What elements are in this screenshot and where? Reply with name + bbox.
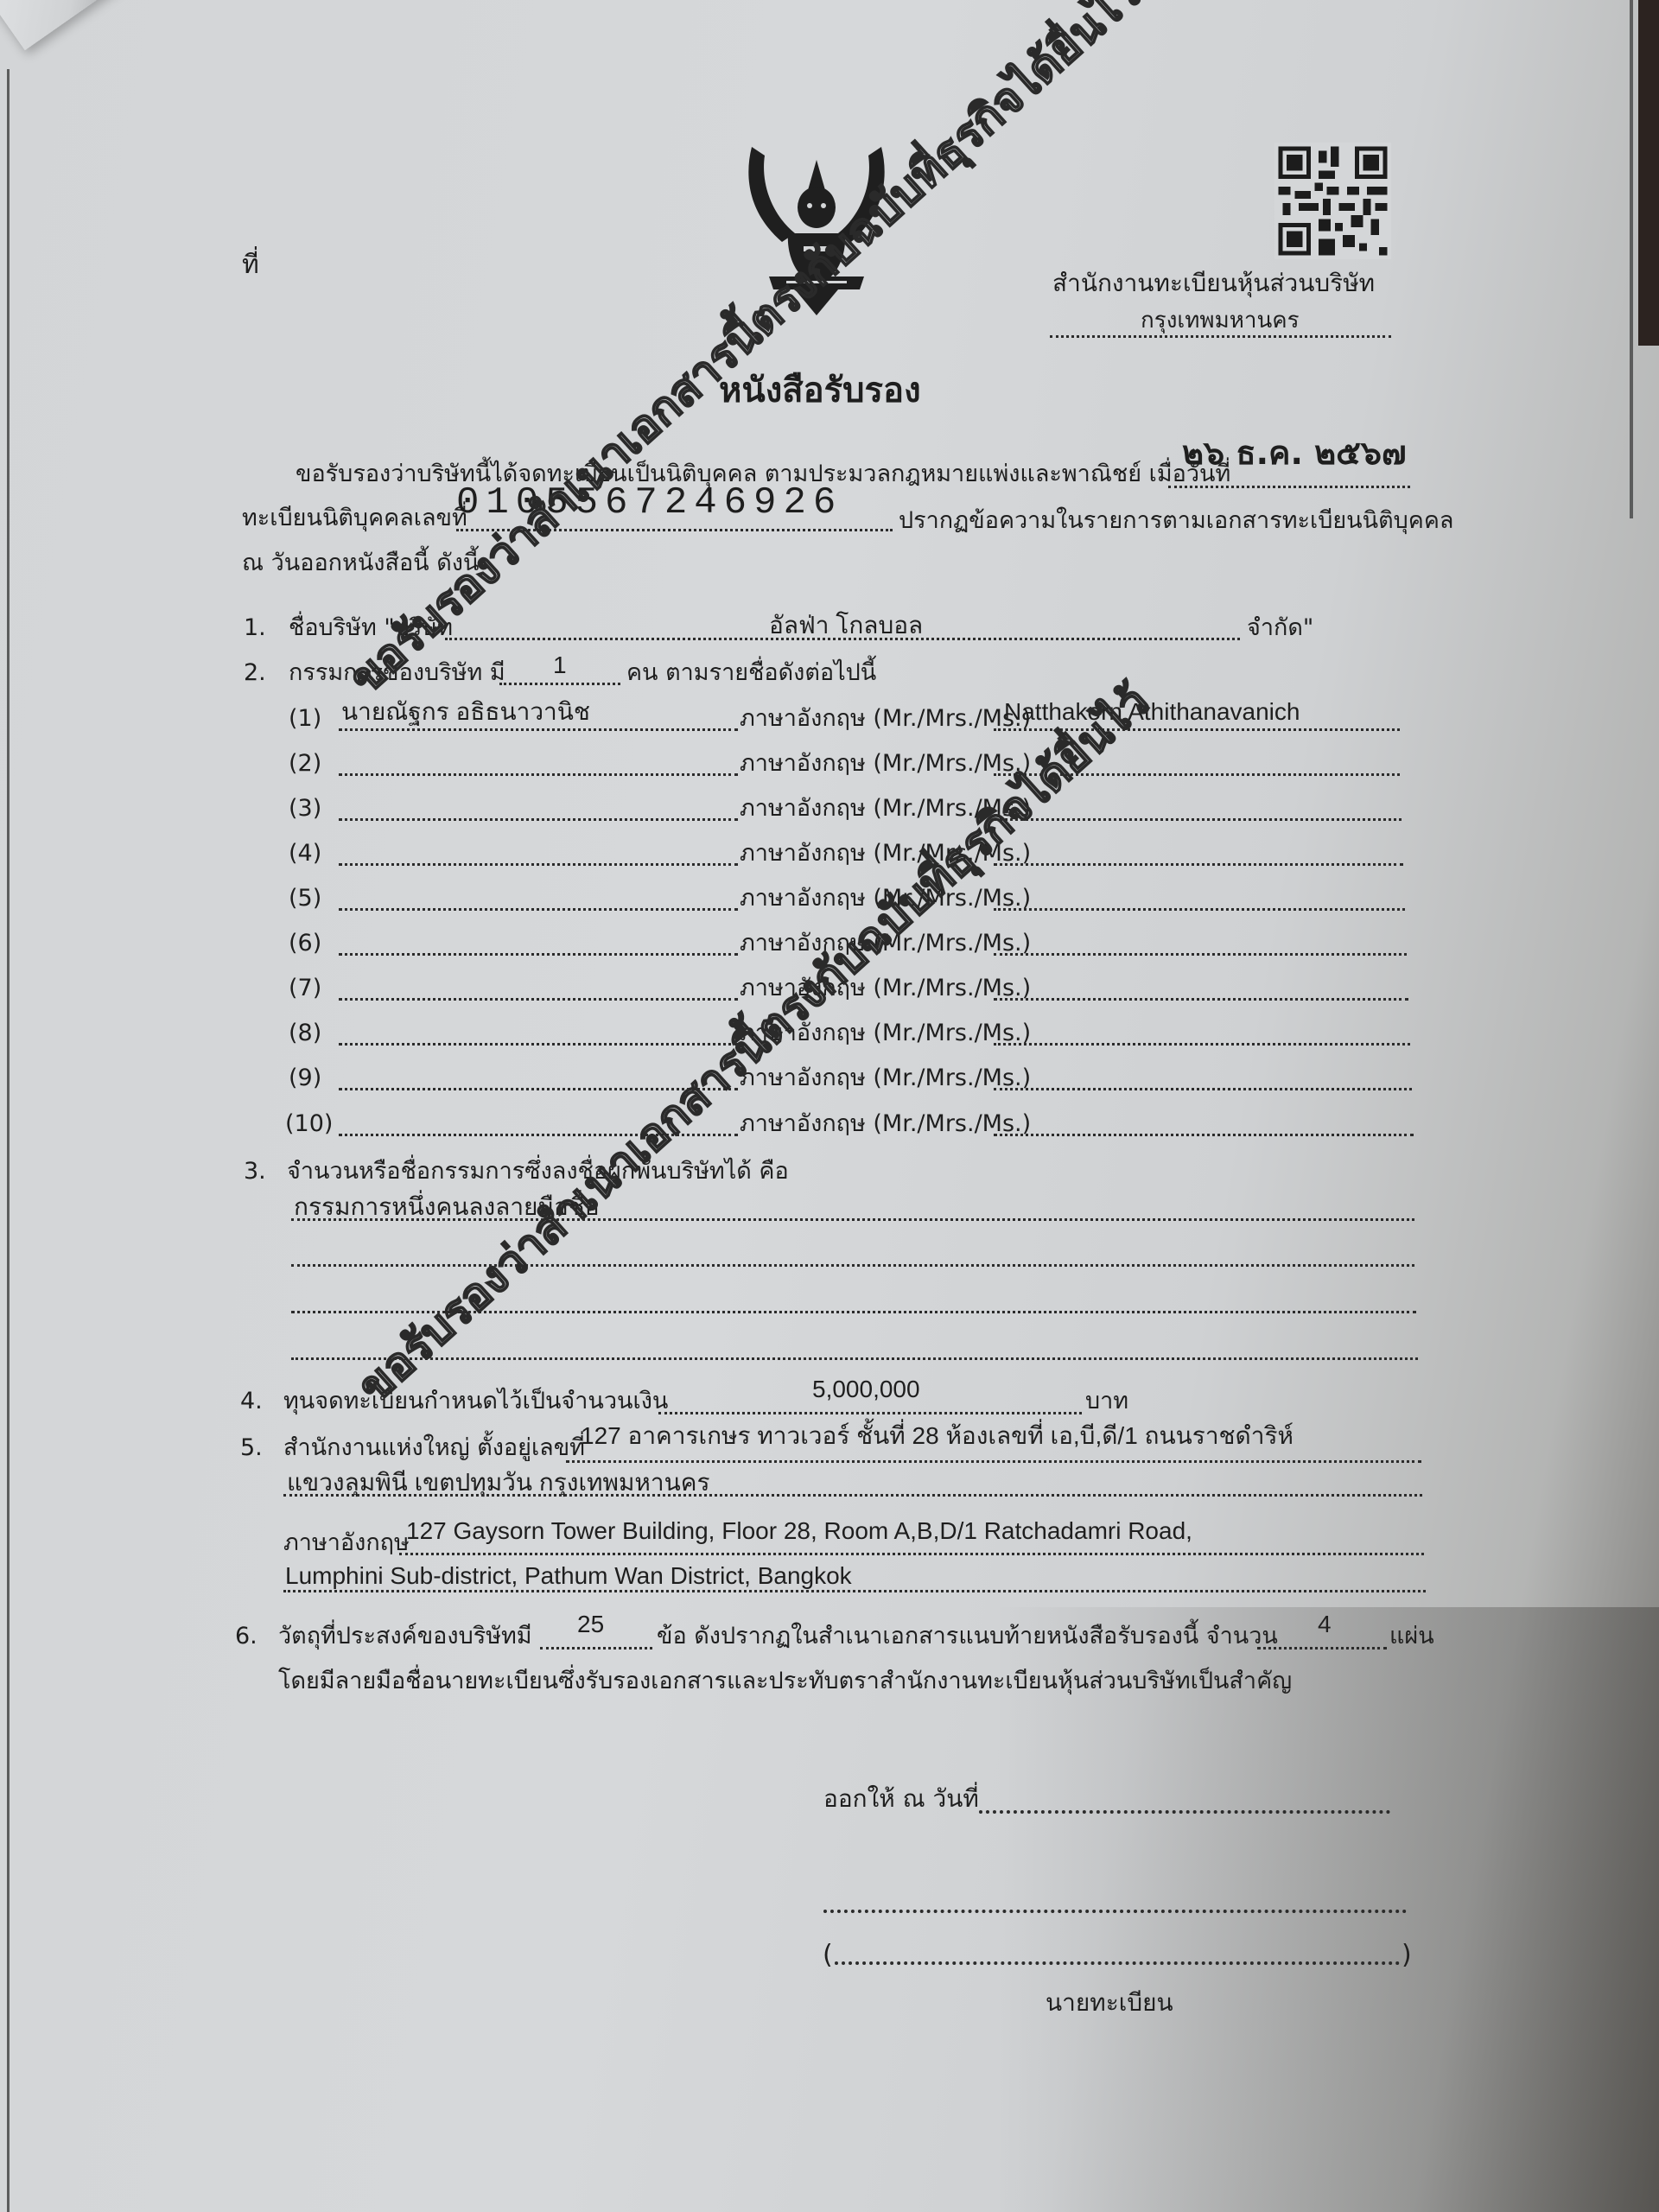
registrar-name-line bbox=[835, 1961, 1400, 1965]
english-name-label: ภาษาอังกฤษ (Mr./Mrs./Ms.) bbox=[740, 1112, 1031, 1135]
english-address-label: ภาษาอังกฤษ bbox=[283, 1531, 410, 1554]
qr-code-icon bbox=[1274, 143, 1391, 259]
blank-line bbox=[291, 1357, 1418, 1360]
page-edge-right bbox=[1630, 0, 1633, 518]
office-name: สำนักงานทะเบียนหุ้นส่วนบริษัท bbox=[1052, 271, 1375, 296]
director-english-underline bbox=[994, 1088, 1412, 1090]
director-english-underline bbox=[994, 1043, 1410, 1046]
hq-address-english-1: 127 Gaysorn Tower Building, Floor 28, Ro… bbox=[406, 1519, 1192, 1543]
page-edge-left bbox=[7, 69, 10, 2212]
company-name: อัลฟ่า โกลบอล bbox=[769, 613, 923, 638]
item-2-number: 2. bbox=[244, 661, 266, 684]
director-index: (3) bbox=[289, 797, 321, 820]
director-thai-underline bbox=[339, 728, 738, 731]
hq-address-thai-2: แขวงลุมพินี เขตปทุมวัน กรุงเทพมหานคร bbox=[287, 1471, 710, 1495]
item-1-number: 1. bbox=[244, 616, 266, 639]
director-index: (8) bbox=[289, 1021, 321, 1045]
hq-address-english-underline bbox=[283, 1590, 1426, 1592]
item-4-number: 4. bbox=[240, 1389, 263, 1413]
director-index: (10) bbox=[285, 1112, 333, 1135]
director-thai-underline bbox=[339, 818, 738, 821]
item-6-number: 6. bbox=[235, 1624, 257, 1648]
director-english-underline bbox=[994, 998, 1408, 1001]
hq-address-underline bbox=[566, 1460, 1421, 1463]
registrar-label: นายทะเบียน bbox=[1046, 1991, 1173, 2015]
director-count: 1 bbox=[553, 653, 567, 677]
director-thai-underline bbox=[339, 773, 738, 776]
issued-date-label: ออกให้ ณ วันที่ bbox=[823, 1787, 979, 1811]
signing-authority-underline bbox=[291, 1218, 1414, 1221]
item-3-label: จำนวนหรือชื่อกรรมการซึ่งลงชื่อผูกพันบริษ… bbox=[287, 1160, 789, 1183]
item-6-suffix: แผ่น bbox=[1389, 1624, 1434, 1648]
director-index: (4) bbox=[289, 842, 321, 865]
director-english-underline bbox=[994, 953, 1407, 956]
director-thai-underline bbox=[339, 953, 738, 956]
office-city-underline bbox=[1050, 335, 1391, 338]
english-name-label: ภาษาอังกฤษ (Mr./Mrs./Ms.) bbox=[740, 707, 1031, 730]
item-2-suffix: คน ตามรายชื่อดังต่อไปนี้ bbox=[626, 661, 876, 684]
director-thai-underline bbox=[339, 908, 738, 911]
item-6-mid: ข้อ ดังปรากฏในสำเนาเอกสารแนบท้ายหนังสือร… bbox=[657, 1624, 1278, 1648]
director-index: (5) bbox=[289, 887, 321, 910]
certification-watermark: ขอรับรองว่าสำเนาเอกสารนี้ตรงกับฉบับที่ธุ… bbox=[332, 0, 1156, 711]
director-index: (7) bbox=[289, 976, 321, 1000]
director-thai-underline bbox=[339, 998, 738, 1001]
item-4-label: ทุนจดทะเบียนกำหนดไว้เป็นจำนวนเงิน bbox=[283, 1389, 668, 1413]
director-index: (6) bbox=[289, 931, 321, 955]
director-thai-underline bbox=[339, 1043, 738, 1046]
objectives-count-underline bbox=[540, 1647, 652, 1649]
item-5-number: 5. bbox=[240, 1436, 263, 1459]
attached-pages-count: 4 bbox=[1318, 1612, 1332, 1637]
close-paren: ) bbox=[1402, 1942, 1412, 1968]
registered-capital: 5,000,000 bbox=[812, 1377, 920, 1402]
registrar-signature-line bbox=[823, 1910, 1407, 1913]
director-index: (9) bbox=[289, 1066, 321, 1090]
reference-label: ที่ bbox=[242, 252, 259, 278]
director-thai-underline bbox=[339, 863, 738, 866]
director-index: (1) bbox=[289, 707, 321, 730]
director-english-underline bbox=[994, 908, 1405, 911]
page-corner-fold bbox=[0, 0, 152, 50]
item-6-line-2: โดยมีลายมือชื่อนายทะเบียนซึ่งรับรองเอกสา… bbox=[278, 1669, 1292, 1693]
objectives-count: 25 bbox=[577, 1612, 604, 1637]
currency-unit: บาท bbox=[1085, 1389, 1128, 1413]
issued-date-underline bbox=[979, 1810, 1390, 1814]
hq-address-underline bbox=[283, 1494, 1422, 1497]
director-count-underline bbox=[499, 683, 620, 685]
english-name-label: ภาษาอังกฤษ (Mr./Mrs./Ms.) bbox=[740, 1066, 1031, 1090]
item-3-number: 3. bbox=[244, 1160, 266, 1183]
hq-address-english-underline bbox=[399, 1553, 1424, 1555]
item-5-label: สำนักงานแห่งใหญ่ ตั้งอยู่เลขที่ bbox=[283, 1436, 585, 1459]
intro-line-2-suffix: ปรากฏข้อความในรายการตามเอกสารทะเบียนนิติ… bbox=[899, 509, 1453, 532]
item-1-suffix: จำกัด" bbox=[1247, 616, 1313, 639]
director-index: (2) bbox=[289, 752, 321, 775]
hq-address-english-2: Lumphini Sub-district, Pathum Wan Distri… bbox=[285, 1564, 852, 1588]
company-name-underline bbox=[445, 638, 1240, 640]
document-page: ที่ bbox=[0, 0, 1659, 2212]
open-paren: ( bbox=[823, 1942, 833, 1968]
director-english-underline bbox=[994, 1134, 1414, 1136]
item-6-label: วัตถุที่ประสงค์ของบริษัทมี bbox=[278, 1624, 532, 1648]
hq-address-thai-1: 127 อาคารเกษร ทาวเวอร์ ชั้นที่ 28 ห้องเล… bbox=[581, 1424, 1294, 1448]
date-underline bbox=[1168, 486, 1410, 488]
registered-capital-underline bbox=[658, 1412, 1082, 1414]
office-city: กรุงเทพมหานคร bbox=[1141, 309, 1300, 332]
registration-number-label: ทะเบียนนิติบุคคลเลขที่ bbox=[242, 506, 467, 530]
background-edge bbox=[1638, 0, 1659, 346]
english-name-label: ภาษาอังกฤษ (Mr./Mrs./Ms.) bbox=[740, 752, 1031, 775]
director-english-underline bbox=[994, 863, 1403, 866]
attached-pages-underline bbox=[1257, 1647, 1387, 1649]
